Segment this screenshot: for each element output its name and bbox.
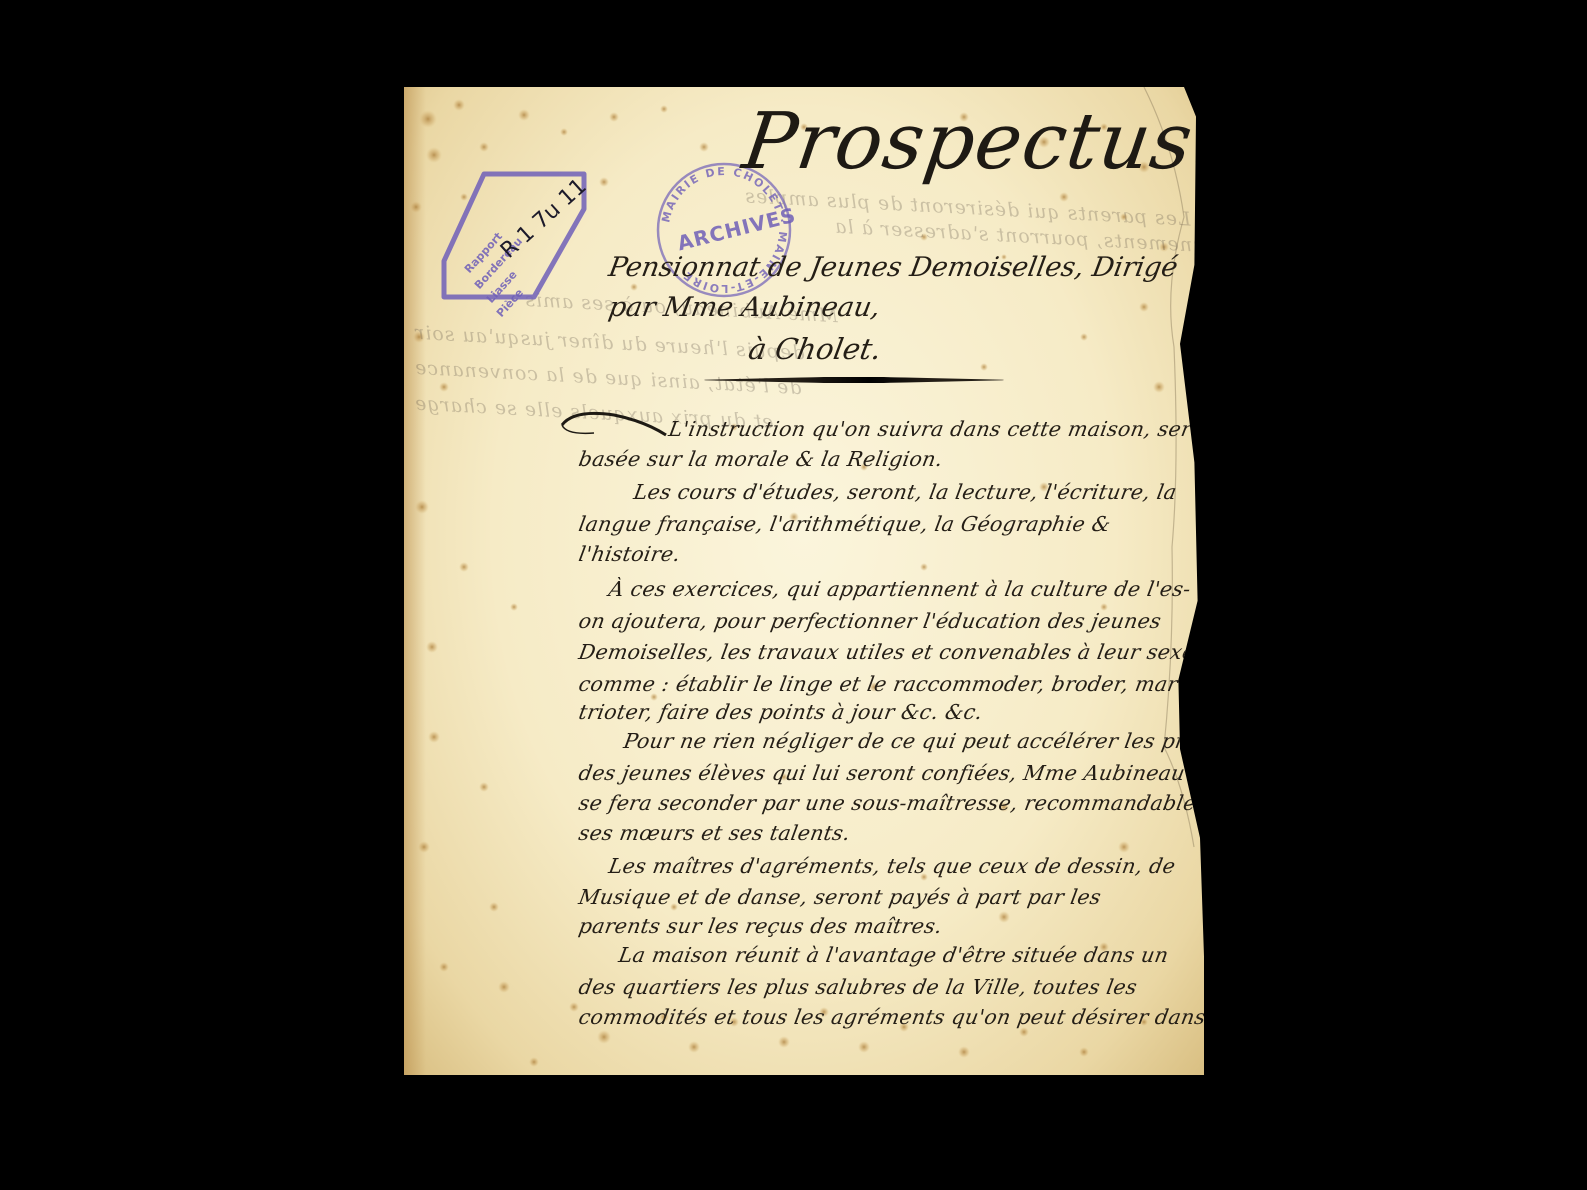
document-title: Prospectus [738,97,1199,187]
archives-stamp-label: ARCHIVES [675,203,798,256]
body-line: parents sur les reçus des maîtres. [577,914,944,938]
body-line: Pour ne rien négliger de ce qui peut acc… [622,729,1204,753]
bleed-through-text: de l'état, ainsi que de la convenance [414,357,802,399]
body-line: Les maîtres d'agréments, tels que ceux d… [607,854,1178,878]
subtitle-line: à Cholet. [746,332,884,366]
body-line: L'instruction qu'on suivra dans cette ma… [667,417,1204,441]
body-line: on ajoutera, pour perfectionner l'éducat… [577,609,1163,633]
manuscript-page: Les parents qui désireront de plus ample… [404,87,1204,1075]
subtitle-line: Pensionnat de Jeunes Demoiselles, Dirigé [606,252,1180,283]
handwritten-archive-reference: R 1 7u 11 [496,174,592,264]
body-line: Musique et de danse, seront payés à part… [577,885,1103,909]
body-line: l'histoire. [577,542,683,566]
body-line: La maison réunit à l'avantage d'être sit… [617,943,1171,967]
body-line: se fera seconder par une sous-maîtresse,… [577,791,1204,815]
body-line: commodités et tous les agréments qu'on p… [577,1005,1204,1029]
body-line: comme : établir le linge et le raccommod… [577,672,1201,696]
body-line: Les cours d'études, seront, la lecture, … [632,480,1179,504]
body-line: basée sur la morale & la Religion. [577,447,945,471]
body-line: trioter, faire des points à jour &c. &c. [577,700,985,724]
body-line: Demoiselles, les travaux utiles et conve… [577,640,1204,664]
body-line: langue française, l'arithmétique, la Géo… [577,512,1113,536]
body-line: À ces exercices, qui appartiennent à la … [607,577,1193,601]
subtitle-line: par Mme Aubineau, [606,292,882,323]
body-line: des quartiers les plus salubres de la Vi… [577,975,1139,999]
body-line: ses mœurs et ses talents. [577,821,852,845]
body-line: des jeunes élèves qui lui seront confiée… [577,761,1187,785]
